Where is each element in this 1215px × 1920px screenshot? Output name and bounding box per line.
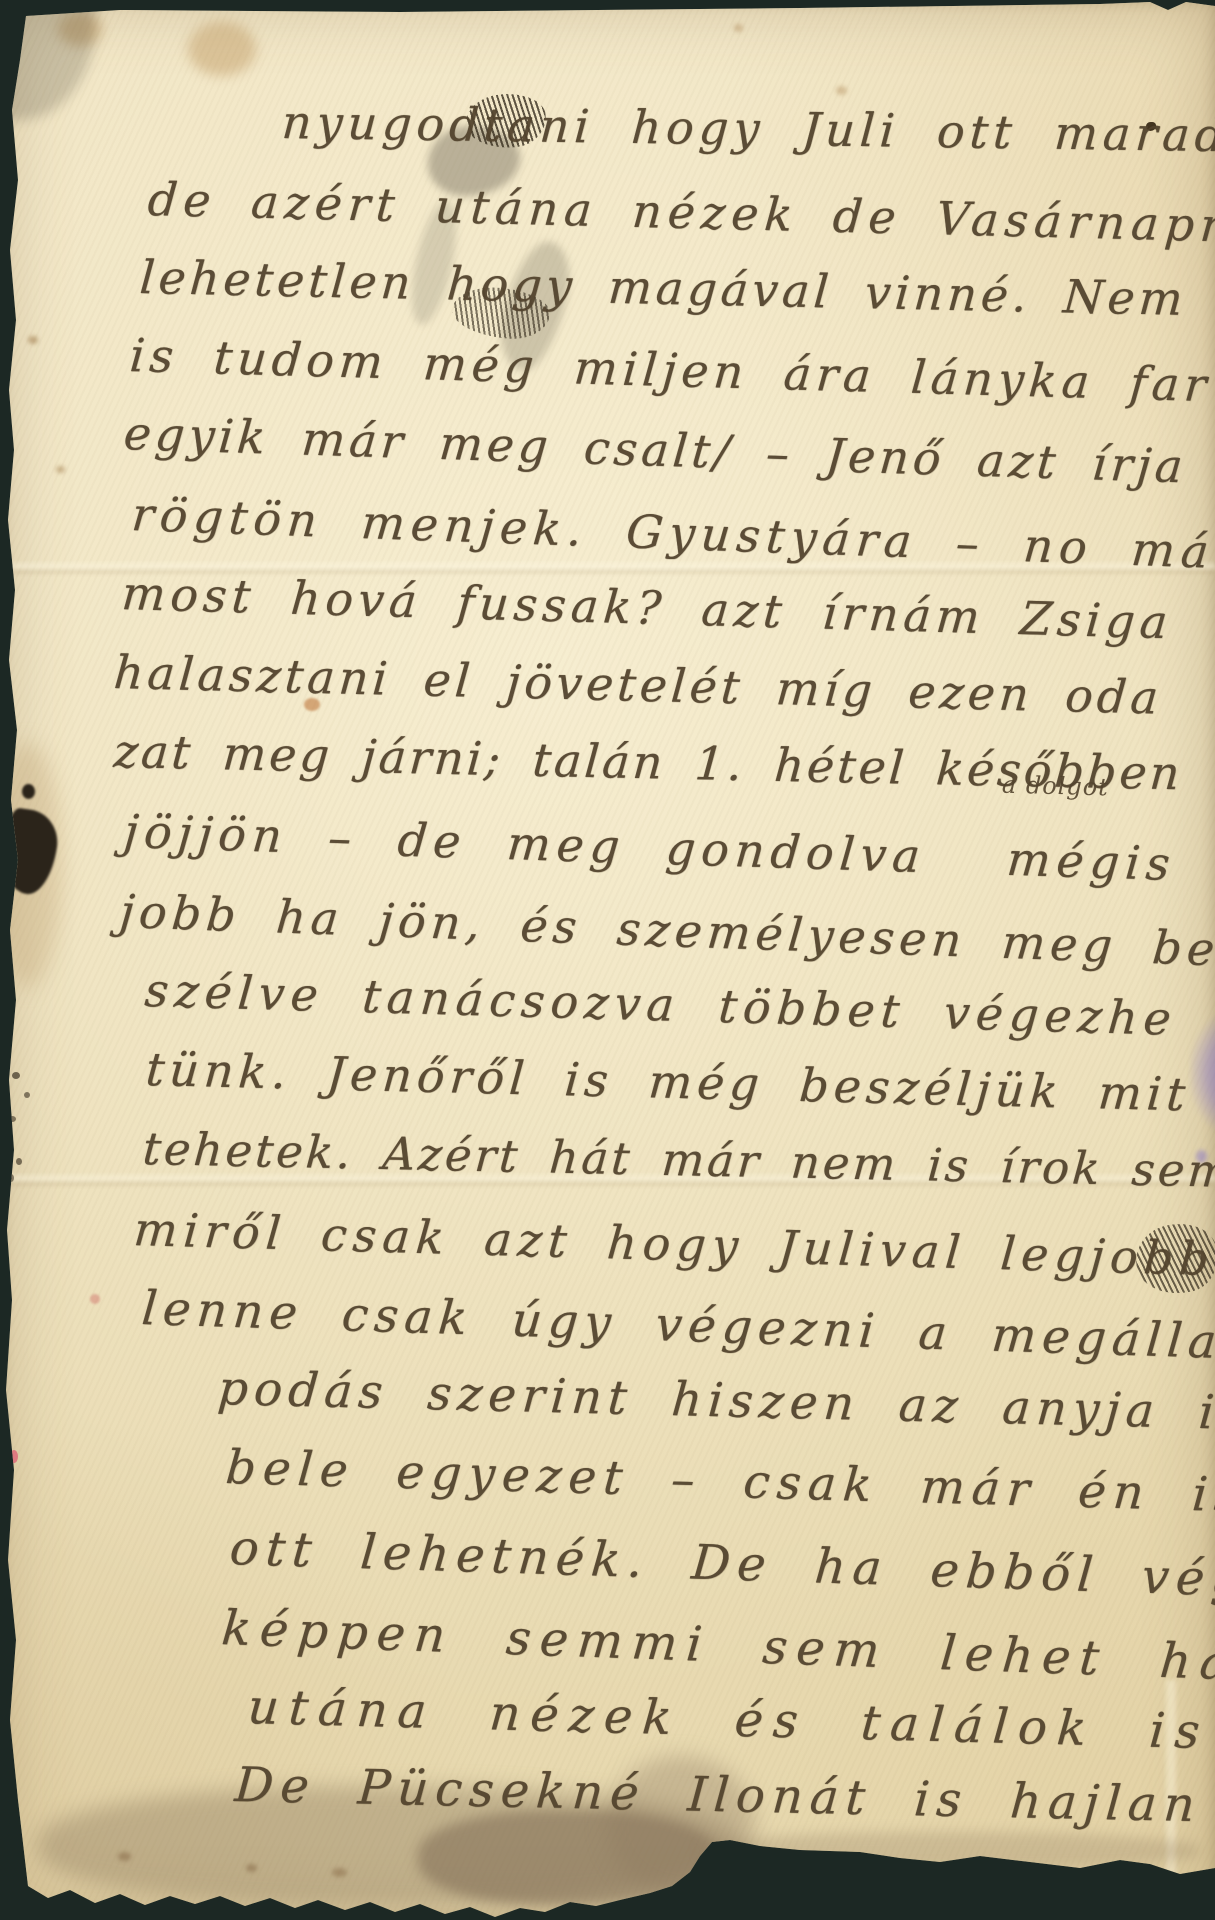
handwriting-line-20: képpen semmi sem lehet hát bbox=[219, 1600, 1215, 1694]
ink-blot bbox=[0, 807, 62, 897]
ink-speck bbox=[9, 1116, 16, 1122]
handwriting-line-19: ott lehetnék. De ha ebből vég bbox=[228, 1520, 1215, 1609]
ink-speck bbox=[8, 1174, 14, 1182]
handwriting-line-21: utána nézek és találok is bbox=[246, 1679, 1212, 1762]
water-stain bbox=[700, 1832, 1200, 1870]
age-spot bbox=[246, 1864, 257, 1872]
water-stain bbox=[418, 1810, 718, 1906]
age-spot bbox=[118, 1852, 131, 1861]
handwriting-line-4: is tudom még miljen ára lányka far bbox=[128, 328, 1214, 413]
handwriting-line-3: lehetetlen hogy magával vinné. Nem bbox=[138, 250, 1189, 327]
handwriting-line-22: De Pücsekné Ilonát is hajlan bbox=[233, 1757, 1204, 1835]
handwriting-line-18: bele egyezet – csak már én is bbox=[224, 1440, 1215, 1525]
paper-sheet: nyugodtani hogy Juli ott maradj de azért… bbox=[0, 0, 1215, 1920]
interline-insertion: a dolgot bbox=[1002, 771, 1110, 802]
handwriting-line-1: nyugodtani hogy Juli ott maradj bbox=[280, 95, 1215, 164]
handwriting-line-11: jobb ha jön, és személyesen meg be bbox=[118, 884, 1215, 977]
handwriting-line-7: most hová fussak? azt írnám Zsiga bbox=[120, 566, 1175, 650]
handwriting-line-15: miről csak azt hogy Julival legjobb bbox=[132, 1202, 1215, 1287]
ink-speck bbox=[12, 1072, 20, 1079]
age-spot bbox=[28, 336, 38, 344]
handwriting-line-10: jöjjön – de meg gondolva mégis bbox=[122, 804, 1178, 892]
handwriting-line-12: szélve tanácsozva többet végezhe bbox=[143, 963, 1179, 1047]
ink-speck bbox=[24, 1092, 30, 1098]
ink-speck bbox=[16, 1158, 22, 1165]
scanned-letter-page: nyugodtani hogy Juli ott maradj de azért… bbox=[0, 0, 1215, 1920]
age-spot bbox=[58, 12, 102, 46]
age-spot bbox=[734, 24, 743, 32]
corner-shadow bbox=[0, 0, 95, 120]
age-spot bbox=[56, 466, 65, 473]
pink-mark bbox=[10, 1450, 18, 1463]
pink-spot bbox=[90, 1294, 100, 1304]
handwriting-line-16: lenne csak úgy végezni a megálla bbox=[140, 1281, 1215, 1371]
handwriting-line-5: egyik már meg csalt/ – Jenő azt írja bbox=[122, 406, 1189, 494]
handwriting-line-13: tünk. Jenőről is még beszéljük mit bbox=[144, 1042, 1192, 1123]
water-stain bbox=[0, 742, 62, 988]
handwriting-line-14: tehetek. Azért hát már nem is írok sem bbox=[141, 1122, 1215, 1199]
handwriting-line-17: podás szerint hiszen az anyja is bbox=[216, 1361, 1215, 1443]
handwriting-line-8: halasztani el jövetelét míg ezen oda bbox=[112, 645, 1164, 726]
age-spot bbox=[836, 86, 847, 95]
ink-dot bbox=[22, 784, 35, 799]
handwriting-line-2: de azért utána nézek de Vasárnapra bbox=[146, 172, 1215, 254]
handwriting-line-6: rögtön menjek. Gyustyára – no már bbox=[130, 487, 1215, 581]
stamp-edge bbox=[1190, 1010, 1215, 1136]
age-spot bbox=[188, 22, 256, 76]
age-spot bbox=[332, 1868, 347, 1877]
